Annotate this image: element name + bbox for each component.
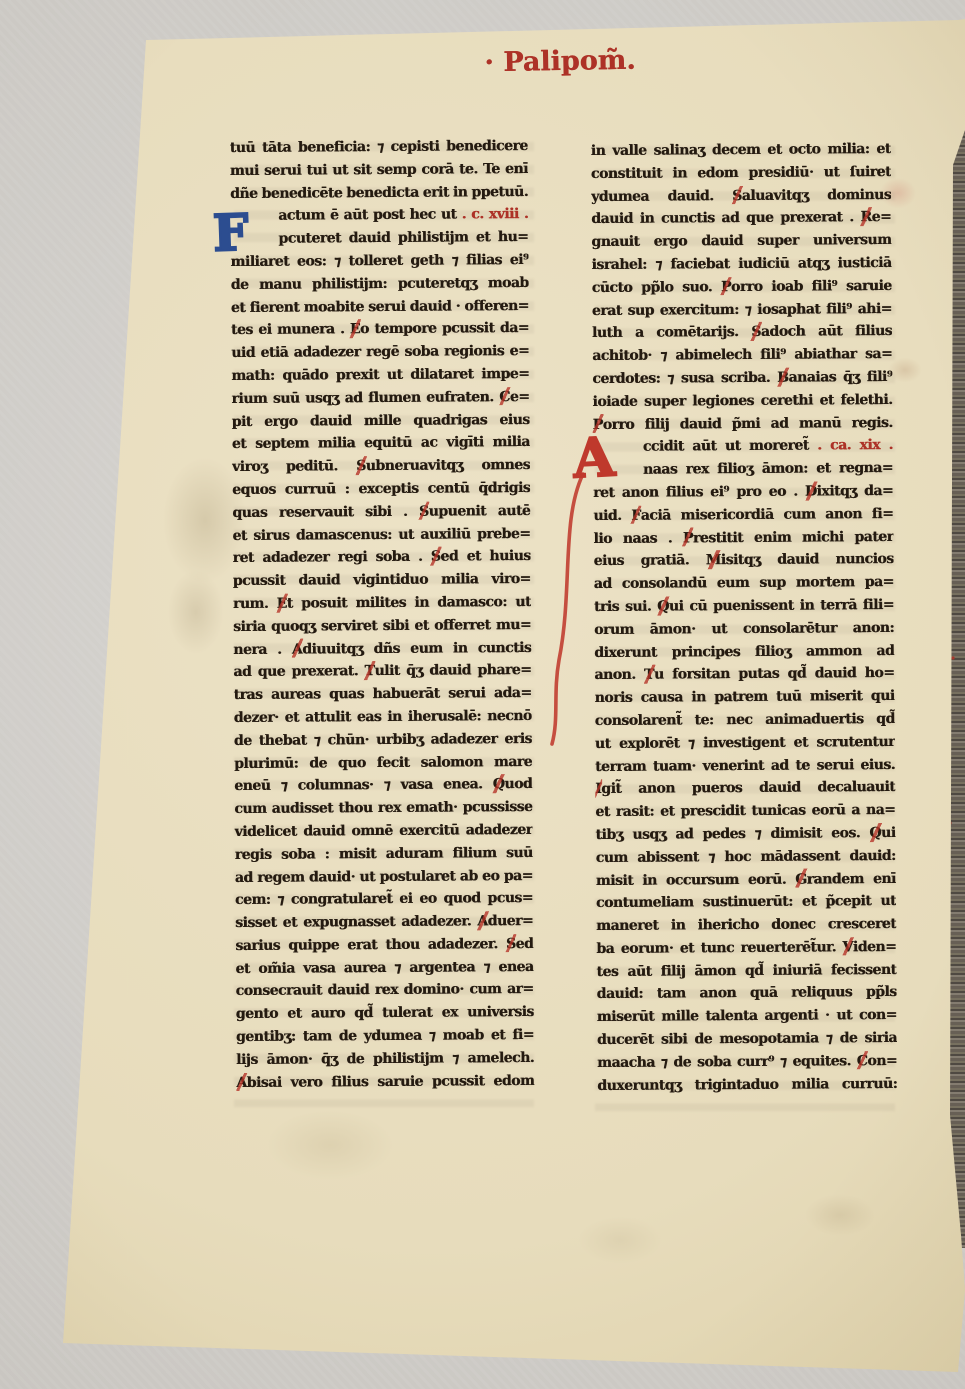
text-line: videlicet dauid omnē exercitū adadezer bbox=[234, 819, 532, 844]
text-line: plurimū: de quo fecit salomon mare bbox=[234, 750, 532, 775]
text-line: ret anon filius ei⁹ pro eo . Dixitqʒ da= bbox=[593, 480, 893, 505]
text-line: duxeruntqʒ trigintaduo milia curruū: bbox=[597, 1073, 897, 1098]
text-line: orum āmon· ut consolarētur anon: bbox=[594, 617, 894, 642]
lombard-letter: A bbox=[572, 428, 635, 485]
rubricated-capital: F bbox=[631, 504, 641, 527]
text-line: naas rex filioʒ āmon: et regna= bbox=[593, 457, 893, 482]
text-line: dauid: tam anon quā reliquus pp̃ls bbox=[597, 981, 897, 1006]
rubricated-capital: T bbox=[644, 664, 654, 687]
text-line: actum ē aūt post hec ut . c. xviii . bbox=[230, 203, 528, 228]
text-line: uid etiā adadezer regē soba regionis e= bbox=[231, 340, 529, 365]
rubricated-capital: S bbox=[419, 500, 429, 523]
text-line: pit ergo dauid mille quadrigas eius bbox=[232, 409, 530, 434]
text-line: pcuteret dauid philistijm et hu= bbox=[230, 226, 528, 251]
text-line: lio naas . Prestitit enim michi pater bbox=[593, 526, 893, 551]
text-line: achitob· ⁊ abimelech fili⁹ abiathar sa= bbox=[592, 343, 892, 368]
text-line: constituit in edom presidiū· ut ſuiret bbox=[591, 161, 891, 186]
text-line: regis soba : misit aduram filium suū bbox=[235, 842, 533, 867]
text-line: misit in occursum eorū. Grandem enī bbox=[596, 867, 896, 892]
text-line: maneret in ihericho donec cresceret bar= bbox=[596, 913, 896, 938]
photo-background: · Palipom̃. tuū tāta beneficia: ⁊ cepist… bbox=[0, 0, 965, 1389]
text-line: cerdotes: ⁊ susa scriba. Banaias q̄ʒ fil… bbox=[592, 366, 892, 391]
rubricated-capital: I bbox=[595, 778, 601, 801]
text-line: equos curruū : exceptis centū q̄drigis bbox=[232, 477, 530, 502]
rubricated-capital: S bbox=[356, 455, 366, 478]
rubricated-capital: P bbox=[721, 276, 731, 299]
rubricated-capital: T bbox=[364, 660, 374, 683]
text-line: dixerunt principes filioʒ ammon ad bbox=[594, 639, 894, 664]
text-line: ioiade super legiones cerethi et felethi… bbox=[592, 389, 892, 414]
text-line: mui serui tui ut sit semp corā te. Te en… bbox=[230, 158, 528, 183]
lombard-letter: F bbox=[212, 207, 260, 259]
text-line: ad consolandū eum sup mortem pa= bbox=[594, 571, 894, 596]
text-line: ad regem dauid· ut postularet ab eo pa= bbox=[235, 864, 533, 889]
text-line: contumeliam sustinuerūt: et p̃cepit ut bbox=[596, 890, 896, 915]
text-line: eneū ⁊ columnas· ⁊ vasa enea. Quod bbox=[234, 773, 532, 798]
illuminated-initial-a: A bbox=[572, 428, 635, 487]
text-line: consecrauit dauid rex domino· cum ar= bbox=[236, 978, 534, 1003]
text-line: et sirus damascenus: ut auxiliū prebe= bbox=[232, 523, 530, 548]
text-line: luth a comētarijs. Sadoch aūt filius bbox=[592, 320, 892, 345]
text-line: gnauit ergo dauid super universum bbox=[591, 229, 891, 254]
text-line: consolarent̃ te: nec animaduertis qd̃ bbox=[595, 708, 895, 733]
text-line: ccidit aūt ut moreret̃ . ca. xix . bbox=[593, 434, 893, 459]
text-line: israhel: ⁊ faciebat iudiciū atqʒ iustici… bbox=[591, 252, 891, 277]
rubricated-capital: P bbox=[683, 527, 693, 550]
rubricated-capital: B bbox=[777, 367, 789, 390]
text-line: gentibʒ: tam de ydumea ⁊ moab et fi= bbox=[236, 1024, 534, 1049]
rubricated-capital: R bbox=[860, 206, 871, 229]
text-line: rum. Et posuit milites in damasco: ut bbox=[233, 591, 531, 616]
text-line: viroʒ peditū. Subneruavitqʒ omnes bbox=[232, 454, 530, 479]
illuminated-initial-f: F bbox=[212, 207, 260, 261]
text-line: tes ei munera . Eo tempore pcussit da= bbox=[231, 317, 529, 342]
text-line: Abisai vero filius saruie pcussit edom bbox=[236, 1070, 534, 1095]
rubricated-capital: S bbox=[431, 546, 441, 569]
text-line: terram tuam· venerint ad te serui eius. bbox=[595, 753, 895, 778]
text-line: et om̃ia vasa aurea ⁊ argentea ⁊ enea bbox=[235, 956, 533, 981]
text-line: tris sui. Qui cū puenissent in terrā fil… bbox=[594, 594, 894, 619]
text-line: noris causa in patrem tuū miserit qui bbox=[594, 685, 894, 710]
rubricated-capital: E bbox=[276, 593, 286, 616]
text-line: de manu philistijm: pcuteretqʒ moab bbox=[231, 272, 529, 297]
text-line: tibʒ usqʒ ad pedes ⁊ dimisit eos. Qui bbox=[595, 822, 895, 847]
rubricated-capital: C bbox=[499, 386, 510, 409]
text-line: sarius quippe erat thou adadezer. Sed bbox=[235, 933, 533, 958]
text-line: dezer· et attulit eas in iherusalē: necn… bbox=[234, 705, 532, 730]
rubricated-capital: S bbox=[506, 933, 516, 956]
rubricated-capital: D bbox=[805, 480, 817, 503]
text-line: tes aūt filij āmon qd̃ iniuriā fecissent bbox=[596, 959, 896, 984]
text-line: cūcto pp̃lo suo. Porro ioab fili⁹ saruie bbox=[592, 275, 892, 300]
text-line: miserūt mille talenta argenti · ut con= bbox=[597, 1004, 897, 1029]
text-line: uid. Faciā misericordiā cum anon fi= bbox=[593, 503, 893, 528]
rubricated-capital: S bbox=[732, 185, 742, 208]
text-line: rium suū usqʒ ad flumen eufraten. Ce= bbox=[231, 386, 529, 411]
text-line: ut explorēt ⁊ investigent et scrutentur bbox=[595, 731, 895, 756]
text-line: sisset et expugnasset adadezer. Aduer= bbox=[235, 910, 533, 935]
text-line: dñe benedicēte benedicta erit in ppetuū. bbox=[230, 181, 528, 206]
text-line: de thebat ⁊ chūn· urbibʒ adadezer eris bbox=[234, 728, 532, 753]
text-line: Igit̃ anon pueros dauid decaluauit bbox=[595, 776, 895, 801]
text-line: dauid in cunctis ad que prexerat . Re= bbox=[591, 206, 891, 231]
rubricated-capital: M bbox=[706, 550, 721, 573]
rubricated-capital: V bbox=[842, 936, 853, 959]
rubricated-capital: A bbox=[477, 910, 488, 933]
text-line: cum audisset thou rex emath· pcussisse bbox=[234, 796, 532, 821]
text-line: tuū tāta beneficia: ⁊ cepisti benedicere… bbox=[230, 135, 528, 160]
rubricated-capital: G bbox=[795, 868, 807, 891]
text-line: et rasit: et prescidit tunicas eorū a na… bbox=[595, 799, 895, 824]
text-line: maacha ⁊ de soba curr⁹ ⁊ equites. Con= bbox=[597, 1050, 897, 1075]
rubricated-capital: A bbox=[236, 1072, 247, 1095]
text-line: ba eorum· et tunc reuerterēt̃ur. Viden= bbox=[596, 936, 896, 961]
text-column-left: tuū tāta beneficia: ⁊ cepisti benedicere… bbox=[230, 135, 535, 1095]
running-title: · Palipom̃. bbox=[460, 40, 661, 83]
text-line: pcussit dauid vigintiduo milia viro= bbox=[233, 568, 531, 593]
text-line: nera . Adiuuitqʒ dñs eum in cunctis bbox=[233, 636, 531, 661]
text-line: ydumea dauid. Saluavitqʒ dominus bbox=[591, 184, 891, 209]
text-line: et fierent moabite serui dauid · offeren… bbox=[231, 295, 529, 320]
text-line: eius gratiā. Misitqʒ dauid nuncios bbox=[594, 548, 894, 573]
text-line: et septem milia equitū ac vigīti milia bbox=[232, 431, 530, 456]
text-line: miliaret eos: ⁊ tolleret geth ⁊ filias e… bbox=[230, 249, 528, 274]
rubricated-capital: Q bbox=[657, 595, 669, 618]
rubricated-capital: Q bbox=[869, 822, 881, 845]
text-line: ducerēt sibi de mesopotamia ⁊ de siria bbox=[597, 1027, 897, 1052]
text-line: gento et auro qd̃ tulerat ex universis bbox=[236, 1001, 534, 1026]
text-line: siria quoqʒ serviret sibi et offerret mu… bbox=[233, 614, 531, 639]
text-line: cum abissent ⁊ hoc mādassent dauid: bbox=[596, 845, 896, 870]
rubricated-capital: S bbox=[751, 321, 761, 344]
text-line: anon. Tu forsitan putas qd̃ dauid ho= bbox=[594, 662, 894, 687]
text-line: Porro filij dauid p̃mi ad manū regis. bbox=[593, 412, 893, 437]
text-line: ret adadezer regi soba . Sed et huius bbox=[233, 545, 531, 570]
rubricated-capital: E bbox=[350, 319, 360, 342]
text-line: lijs āmon· q̄ʒ de philistijm ⁊ amelech. bbox=[236, 1047, 534, 1072]
rubricated-capital: A bbox=[292, 638, 303, 661]
rubricated-capital: Q bbox=[493, 773, 505, 796]
text-line: cem: ⁊ congratularet̃ ei eo quod pcus= bbox=[235, 887, 533, 912]
text-line: quas reservauit sibi . Supuenit autē bbox=[232, 500, 530, 525]
text-column-right: in valle salinaʒ decem et octo milia: et… bbox=[591, 138, 898, 1098]
rubricated-capital: C bbox=[857, 1050, 868, 1073]
text-line: tras aureas quas habuerāt serui ada= bbox=[233, 682, 531, 707]
text-line: erat sup exercitum: ⁊ iosaphat fili⁹ ahi… bbox=[592, 298, 892, 323]
text-line: ad que prexerat. Tulit q̄ʒ dauid phare= bbox=[233, 659, 531, 684]
text-line: in valle salinaʒ decem et octo milia: et bbox=[591, 138, 891, 163]
manuscript-page: · Palipom̃. tuū tāta beneficia: ⁊ cepist… bbox=[0, 0, 965, 1389]
text-line: math: quādo prexit ut dilataret impe= bbox=[231, 363, 529, 388]
